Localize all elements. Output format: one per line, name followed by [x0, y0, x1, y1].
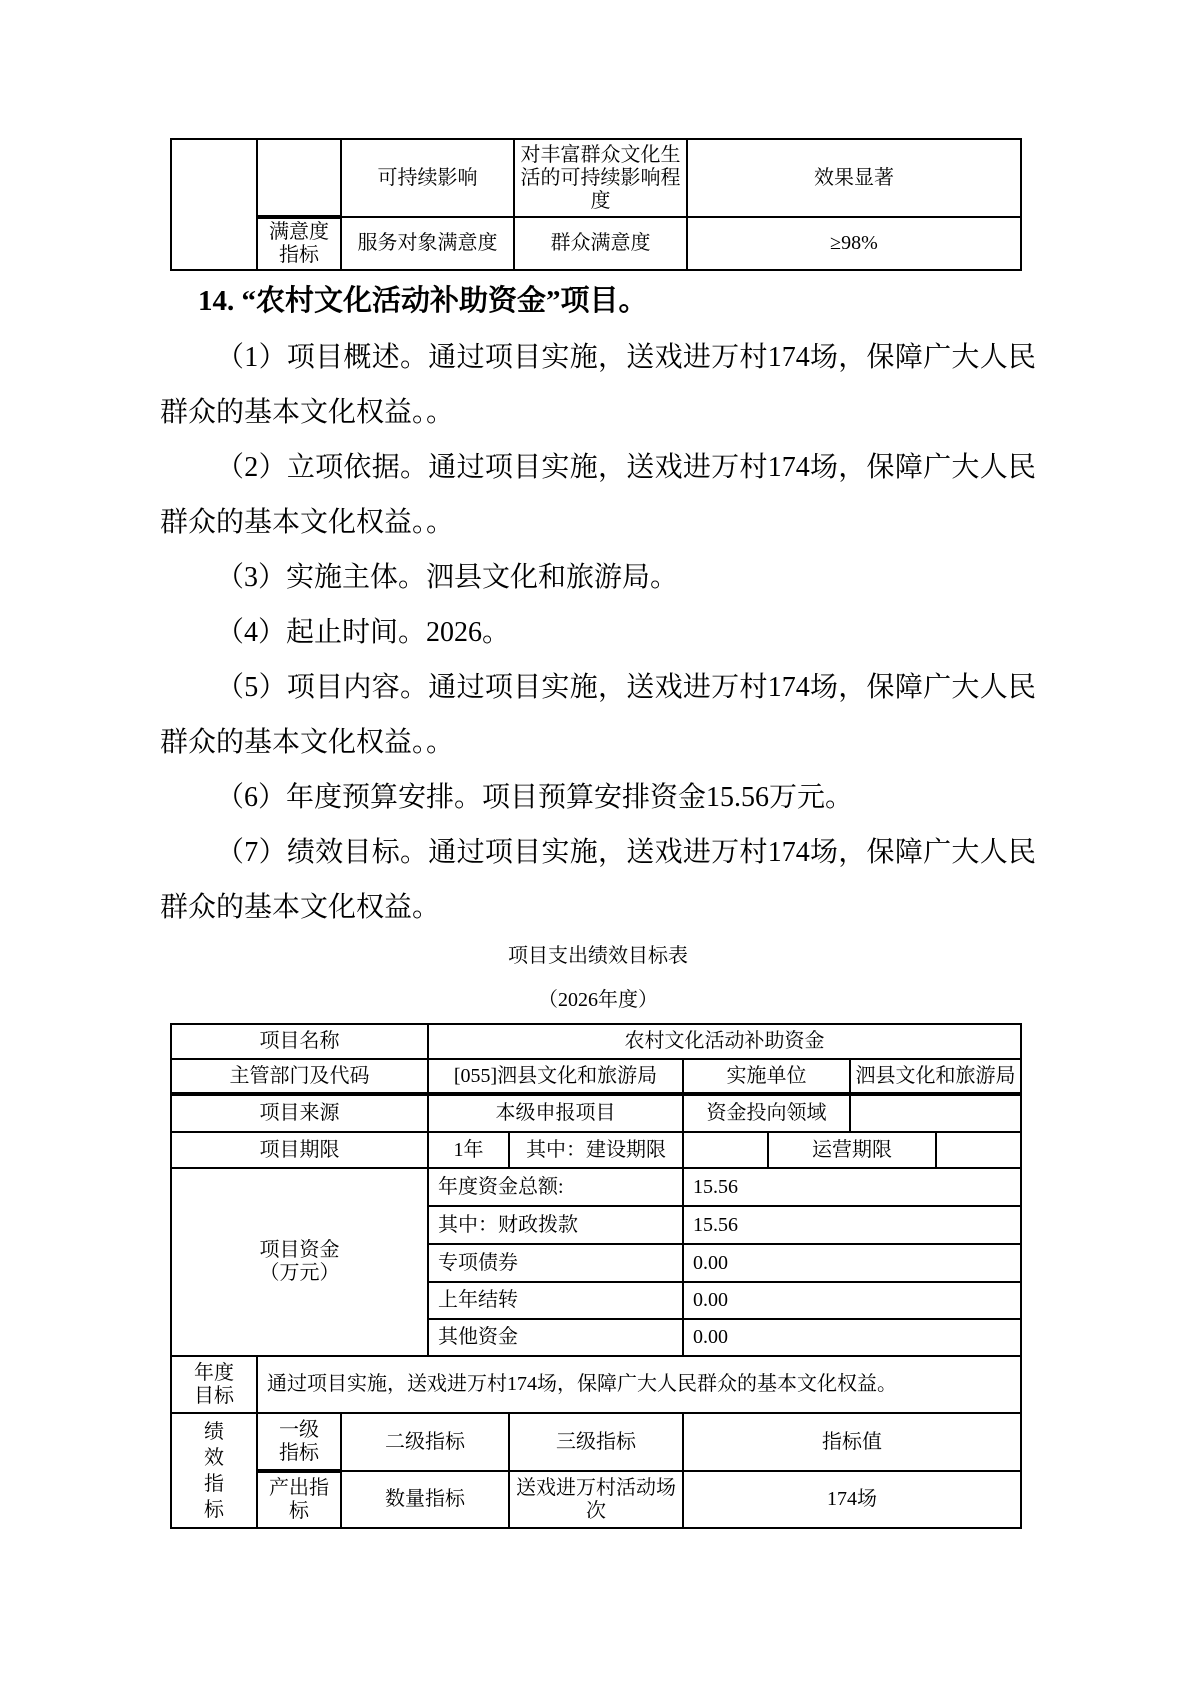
table-row: 绩 效 指 标 一级 指标 二级指标 三级指标 指标值 [171, 1413, 1021, 1471]
cell-project-name-value: 农村文化活动补助资金 [428, 1024, 1021, 1059]
table-row: 项目期限 1年 其中：建设期限 运营期限 [171, 1132, 1021, 1168]
paragraph-basis: （2）立项依据。通过项目实施，送戏进万村174场，保障广大人民群众的基本文化权益… [160, 440, 1036, 550]
cell-fund-item-name: 其他资金 [428, 1319, 683, 1356]
indicator-table-continuation: 可持续影响 对丰富群众文化生 活的可持续影响程 度 效果显著 满意度 指标 服务… [170, 138, 1022, 271]
cell-oper-period-value [936, 1132, 1021, 1168]
paragraph-overview: （1）项目概述。通过项目实施，送戏进万村174场，保障广大人民群众的基本文化权益… [160, 330, 1036, 440]
cell-fund-item-name: 其中：财政拨款 [428, 1206, 683, 1244]
cell-level1-spacer [257, 139, 341, 217]
cell-header-level1: 一级 指标 [257, 1413, 341, 1471]
document-page: 可持续影响 对丰富群众文化生 活的可持续影响程 度 效果显著 满意度 指标 服务… [0, 0, 1190, 1684]
cell-indicator-value: 效果显著 [687, 139, 1021, 217]
performance-goal-table: 项目名称 农村文化活动补助资金 主管部门及代码 [055]泗县文化和旅游局 实施… [170, 1023, 1022, 1529]
cell-fund-item-value: 0.00 [683, 1319, 1021, 1356]
cell-level1-indicator: 满意度 指标 [257, 217, 341, 270]
cell-fund-item-value: 15.56 [683, 1206, 1021, 1244]
table-row: 主管部门及代码 [055]泗县文化和旅游局 实施单位 泗县文化和旅游局 [171, 1059, 1021, 1094]
cell-period-value: 1年 [428, 1132, 509, 1168]
cell-header-level3: 三级指标 [509, 1413, 683, 1471]
section-body: 14. “农村文化活动补助资金”项目。 （1）项目概述。通过项目实施，送戏进万村… [160, 272, 1036, 1529]
table-row: 项目来源 本级申报项目 资金投向领域 [171, 1094, 1021, 1132]
paragraph-budget: （6）年度预算安排。项目预算安排资金15.56万元。 [160, 770, 1036, 825]
cell-project-name-label: 项目名称 [171, 1024, 428, 1059]
cell-dept-value: [055]泗县文化和旅游局 [428, 1059, 683, 1094]
table-row: 产出指 标 数量指标 送戏进万村活动场 次 174场 [171, 1471, 1021, 1528]
paragraph-timespan: （4）起止时间。2026。 [160, 605, 1036, 660]
paragraph-content: （5）项目内容。通过项目实施，送戏进万村174场，保障广大人民群众的基本文化权益… [160, 660, 1036, 770]
cell-fund-item-value: 0.00 [683, 1244, 1021, 1282]
cell-impl-unit-label: 实施单位 [683, 1059, 850, 1094]
cell-level2-indicator: 可持续影响 [341, 139, 514, 217]
cell-annual-goal-label: 年度 目标 [171, 1356, 257, 1413]
cell-fund-item-name: 年度资金总额: [428, 1168, 683, 1206]
cell-level2-indicator: 服务对象满意度 [341, 217, 514, 270]
table-row: 项目资金 （万元） 年度资金总额: 15.56 [171, 1168, 1021, 1206]
section-heading: 14. “农村文化活动补助资金”项目。 [160, 272, 1036, 330]
table-row: 年度 目标 通过项目实施，送戏进万村174场，保障广大人民群众的基本文化权益。 [171, 1356, 1021, 1413]
cell-impl-unit-value: 泗县文化和旅游局 [850, 1059, 1021, 1094]
cell-dept-label: 主管部门及代码 [171, 1059, 428, 1094]
cell-level3-indicator: 对丰富群众文化生 活的可持续影响程 度 [514, 139, 687, 217]
table-row: 满意度 指标 服务对象满意度 群众满意度 ≥98% [171, 217, 1021, 270]
cell-fund-field-value [850, 1094, 1021, 1132]
cell-indicator-value: 174场 [683, 1471, 1021, 1528]
cell-fund-item-name: 专项债券 [428, 1244, 683, 1282]
cell-header-indicator-value: 指标值 [683, 1413, 1021, 1471]
paragraph-goal: （7）绩效目标。通过项目实施，送戏进万村174场，保障广大人民群众的基本文化权益… [160, 825, 1036, 935]
cell-category-spacer [171, 139, 257, 270]
cell-annual-goal-value: 通过项目实施，送戏进万村174场，保障广大人民群众的基本文化权益。 [257, 1356, 1021, 1413]
cell-period-label: 项目期限 [171, 1132, 428, 1168]
cell-build-period-value [683, 1132, 768, 1168]
table-row: 可持续影响 对丰富群众文化生 活的可持续影响程 度 效果显著 [171, 139, 1021, 217]
cell-fund-field-label: 资金投向领域 [683, 1094, 850, 1132]
cell-project-funds-label: 项目资金 （万元） [171, 1168, 428, 1356]
cell-fund-item-value: 0.00 [683, 1282, 1021, 1319]
cell-fund-item-value: 15.56 [683, 1168, 1021, 1206]
cell-level1-indicator: 产出指 标 [257, 1471, 341, 1528]
cell-source-value: 本级申报项目 [428, 1094, 683, 1132]
cell-level2-indicator: 数量指标 [341, 1471, 509, 1528]
goal-table-title: 项目支出绩效目标表 [160, 935, 1036, 977]
cell-source-label: 项目来源 [171, 1094, 428, 1132]
goal-table-subtitle: （2026年度） [160, 977, 1036, 1023]
cell-indicator-value: ≥98% [687, 217, 1021, 270]
cell-build-period-label: 其中：建设期限 [509, 1132, 683, 1168]
table-row: 项目名称 农村文化活动补助资金 [171, 1024, 1021, 1059]
cell-header-level2: 二级指标 [341, 1413, 509, 1471]
cell-oper-period-label: 运营期限 [768, 1132, 936, 1168]
paragraph-implementer: （3）实施主体。泗县文化和旅游局。 [160, 550, 1036, 605]
cell-level3-indicator: 群众满意度 [514, 217, 687, 270]
cell-level3-indicator: 送戏进万村活动场 次 [509, 1471, 683, 1528]
cell-fund-item-name: 上年结转 [428, 1282, 683, 1319]
cell-perf-indicator-label: 绩 效 指 标 [171, 1413, 257, 1528]
